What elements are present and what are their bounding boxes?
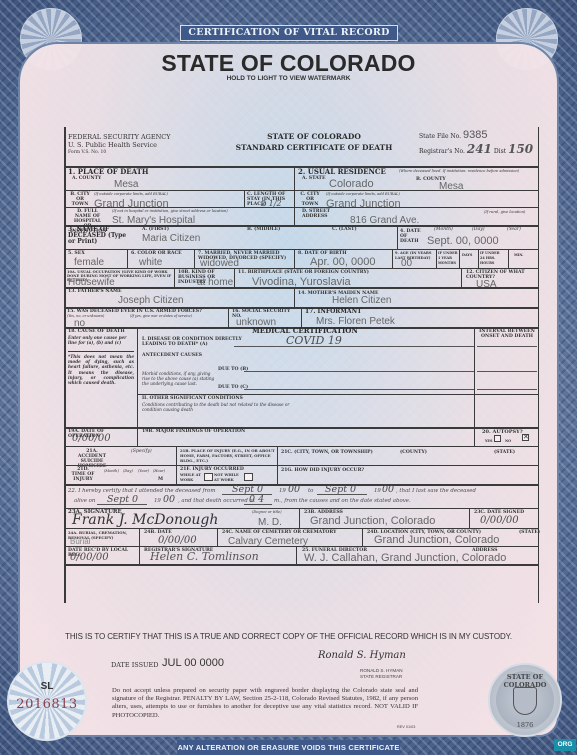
- serial-seal: SL 2016813: [7, 661, 87, 741]
- cause-instructions: Enter only one cause per line for (a), (…: [68, 335, 134, 345]
- morbid-conditions-note: Morbid conditions, if any, giving rise t…: [142, 371, 216, 386]
- how-injury-occurred-label: 21g. HOW DID INJURY OCCUR?: [281, 468, 364, 473]
- injury-city-label: 21c. (CITY, TOWN, OR TOWNSHIP): [281, 450, 373, 455]
- res-state-label: a. STATE: [302, 176, 325, 181]
- street-label: d. STREET ADDRESS: [302, 209, 330, 219]
- form-heading: STATE OF COLORADO STANDARD CERTIFICATE O…: [214, 131, 414, 153]
- pod-county-value: Mesa: [114, 179, 138, 190]
- serial-number: 2016813: [9, 697, 85, 712]
- pod-city-label: b. CITY OR TOWN: [70, 192, 90, 207]
- date-issued-value: JUL 00 0000: [162, 657, 224, 669]
- attestation-text-4: m., from the causes and on the date stat…: [274, 498, 411, 504]
- dod-day-label: (Day): [472, 227, 485, 232]
- burial-location-state-label: (State): [519, 530, 540, 535]
- place-of-death-heading: 1. PLACE OF DEATH: [68, 168, 149, 176]
- operation-findings-label: 19b. MAJOR FINDINGS OF OPERATION: [142, 429, 245, 434]
- injury-occurred-label: 21f. INJURY OCCURRED: [180, 467, 244, 472]
- deceased-name-label: 3. NAME OF DECEASED (Type or Print): [68, 227, 128, 245]
- watermark-note: HOLD TO LIGHT TO VIEW WATERMARK: [0, 75, 577, 82]
- while-at-work-checkbox[interactable]: [204, 473, 213, 481]
- other-conditions-label: II. OTHER SIGNIFICANT CONDITIONS: [142, 396, 243, 401]
- physician-signature: Frank J. McDonough: [72, 512, 218, 528]
- father-name-value: Joseph Citizen: [118, 295, 184, 306]
- street-note: (If rural, give location): [484, 210, 525, 215]
- registrar-no-label: Registrar's No.: [419, 148, 465, 155]
- alive-on-year: 00: [163, 494, 175, 505]
- accident-label: 21a. ACCIDENT SUICIDE HOMICIDE: [72, 449, 112, 469]
- place-of-injury-label: 21b. PLACE OF INJURY (e.g., in or about …: [180, 448, 276, 463]
- crest-icon: [513, 687, 537, 715]
- dod-year-label: (Year): [507, 227, 521, 232]
- legal-disclaimer: Do not accept unless prepared on securit…: [112, 687, 418, 720]
- injury-hour-label: (Hour): [153, 469, 165, 474]
- cemetery-label: 24c. NAME OF CEMETERY OR CREMATORY: [222, 530, 336, 535]
- time-of-injury-label: 21d. TIME OF INJURY: [70, 467, 96, 482]
- pod-county-label: a. COUNTY: [72, 176, 101, 181]
- burial-date-value: 0/00/00: [158, 535, 197, 546]
- degree-value: M. D.: [258, 517, 282, 528]
- disease-label: I. DISEASE OR CONDITION DIRECTLY LEADING…: [142, 337, 242, 347]
- date-issued-label: DATE ISSUED: [111, 661, 159, 669]
- attestation-text-1: 22. I hereby certify that I attended the…: [68, 488, 215, 494]
- to-label: to: [308, 488, 313, 494]
- pod-city-note: (If outside corporate limits, add RURAL): [94, 192, 168, 197]
- date-signed-value: 0/00/00: [480, 515, 519, 526]
- attended-from-year: 00: [288, 484, 300, 495]
- injury-m-label: M: [158, 477, 163, 482]
- seal-year: 1876: [490, 721, 560, 729]
- interval-label: INTERVAL BETWEEN ONSET AND DEATH: [477, 329, 537, 339]
- funeral-director-value: W. J. Callahan, Grand Junction, Colorado: [304, 553, 506, 564]
- state-seal-icon: STATE OF COLORADO 1876: [488, 663, 562, 737]
- race-label: 6. COLOR OR RACE: [131, 251, 182, 256]
- autopsy-no-label: NO: [505, 439, 511, 444]
- armed-forces-note-2: (If yes, give war or dates of service): [130, 314, 192, 319]
- hospital-note: (If not in hospital or institution, give…: [112, 209, 228, 214]
- sex-value: female: [74, 257, 104, 268]
- injury-state-label: (STATE): [494, 450, 515, 455]
- injury-county-label: (COUNTY): [400, 450, 427, 455]
- deceased-name-value: Maria Citizen: [142, 233, 200, 244]
- file-numbers: State File No. 9385 Registrar's No. 241 …: [419, 129, 533, 158]
- alive-on-label: alive on: [74, 498, 95, 504]
- burial-location-value: Grand Junction, Colorado: [374, 535, 499, 546]
- age-months-label: If Under 1 Year Months: [438, 251, 458, 266]
- state-registrar-title: STATE REGISTRAR: [360, 674, 403, 680]
- from-year-prefix: 19: [279, 488, 286, 494]
- form-state: STATE OF COLORADO: [214, 131, 414, 142]
- state-registrar-signature: Ronald S. Hyman: [318, 650, 406, 661]
- accident-specify-label: (Specify): [131, 449, 152, 454]
- to-year-prefix: 19: [374, 488, 381, 494]
- physician-address-value: Grand Junction, Colorado: [310, 516, 435, 527]
- age-days-label: Days: [462, 253, 472, 258]
- revision-code: REV 01/03: [397, 725, 415, 729]
- registrar-number: 241: [467, 142, 492, 156]
- res-city-label: c. CITY OR TOWN: [300, 192, 320, 207]
- degree-label: (Degree or title): [252, 510, 282, 515]
- injury-year-label: (Year): [138, 469, 149, 474]
- last-name-label: c. (Last): [332, 227, 357, 232]
- dist-number: 150: [508, 142, 533, 156]
- attestation-line-1: 22. I hereby certify that I attended the…: [68, 488, 215, 494]
- middle-name-label: b. (Middle): [247, 227, 280, 232]
- form-title: STANDARD CERTIFICATE OF DEATH: [214, 142, 414, 153]
- date-of-death-value: Sept. 00, 0000: [427, 236, 499, 247]
- res-state-value: Colorado: [329, 179, 374, 190]
- usual-residence-note: (Where deceased lived. If institution: r…: [399, 169, 537, 174]
- injury-month-label: (Month): [104, 469, 119, 474]
- age-hours-label: If Under 24 Hrs. Hours: [480, 251, 504, 266]
- date-of-operation-value: 0/00/00: [72, 433, 111, 444]
- other-conditions-note: Conditions contributing to the death but…: [142, 402, 292, 412]
- org-badge: ORG: [554, 739, 576, 751]
- agency-block: FEDERAL SECURITY AGENCY U. S. Public Hea…: [68, 133, 171, 157]
- cause-of-death-label: 18. CAUSE OF DEATH: [68, 329, 125, 334]
- autopsy-no-checkbox[interactable]: [522, 434, 529, 441]
- banner-certification: CERTIFICATION OF VITAL RECORD: [180, 25, 398, 41]
- date-of-death-label: 4. DATE OF DEATH: [400, 229, 422, 244]
- father-name-label: 13. FATHER'S NAME: [68, 289, 122, 294]
- while-at-work-label: WHILE AT WORK: [180, 473, 202, 483]
- antecedent-label: ANTECEDENT CAUSES: [142, 353, 202, 358]
- res-city-note: (If outside corporate limits, add RURAL): [326, 192, 400, 197]
- state-registrar-block: RONALD S. HYMAN STATE REGISTRAR: [360, 668, 403, 680]
- first-name-label: a. (First): [142, 227, 169, 232]
- mother-name-value: Helen Citizen: [332, 295, 391, 306]
- res-city-value: Grand Junction: [326, 199, 401, 210]
- service-name: U. S. Public Health Service: [68, 141, 171, 149]
- agency-name: FEDERAL SECURITY AGENCY: [68, 133, 171, 141]
- alive-year-prefix: 19: [154, 498, 161, 504]
- page-title: STATE OF COLORADO: [0, 50, 577, 77]
- usual-residence-heading: 2. USUAL RESIDENCE: [298, 168, 386, 176]
- attended-to-year: 00: [382, 484, 394, 495]
- attestation-text-2: , that I last saw the deceased: [396, 488, 476, 494]
- serial-prefix: SL: [9, 681, 85, 692]
- autopsy-yes-label: YES: [485, 439, 492, 444]
- dist-label: Dist: [494, 148, 506, 155]
- local-registrar-signature: Helen C. Tomlinson: [150, 550, 259, 563]
- autopsy-yes-checkbox[interactable]: [494, 435, 501, 442]
- banner-alteration-warning: ANY ALTERATION OR ERASURE VOIDS THIS CER…: [177, 740, 400, 755]
- dob-value: Apr. 00, 0000: [310, 257, 375, 268]
- form-number: Form V.S. No. 10: [68, 149, 171, 157]
- armed-forces-note-1: (Yes, no, or unknown): [67, 314, 104, 319]
- sex-label: 5. SEX: [68, 251, 85, 256]
- dod-month-label: (Month): [434, 227, 453, 232]
- not-while-at-work-label: NOT WHILE AT WORK: [214, 473, 242, 483]
- birthplace-label: 11. BIRTHPLACE (State or Foreign country…: [238, 270, 369, 275]
- injury-day-label: (Day): [123, 469, 133, 474]
- state-file-label: State File No.: [419, 133, 461, 140]
- informant-label: 17. INFORMANT: [305, 308, 362, 316]
- certification-statement: THIS IS TO CERTIFY THAT THIS IS A TRUE A…: [0, 632, 577, 641]
- cause-footnote: *This does not mean the mode of dying, s…: [68, 354, 134, 385]
- not-while-at-work-checkbox[interactable]: [244, 473, 253, 481]
- age-min-label: Min.: [514, 253, 523, 258]
- date-received-value: 0/00/00: [70, 552, 109, 563]
- race-value: white: [139, 257, 162, 268]
- death-certificate-form: FEDERAL SECURITY AGENCY U. S. Public Hea…: [64, 127, 539, 603]
- autopsy-label: 20. AUTOPSY?: [482, 430, 523, 435]
- state-file-number: 9385: [463, 129, 487, 141]
- disease-value: COVID 19: [286, 334, 342, 347]
